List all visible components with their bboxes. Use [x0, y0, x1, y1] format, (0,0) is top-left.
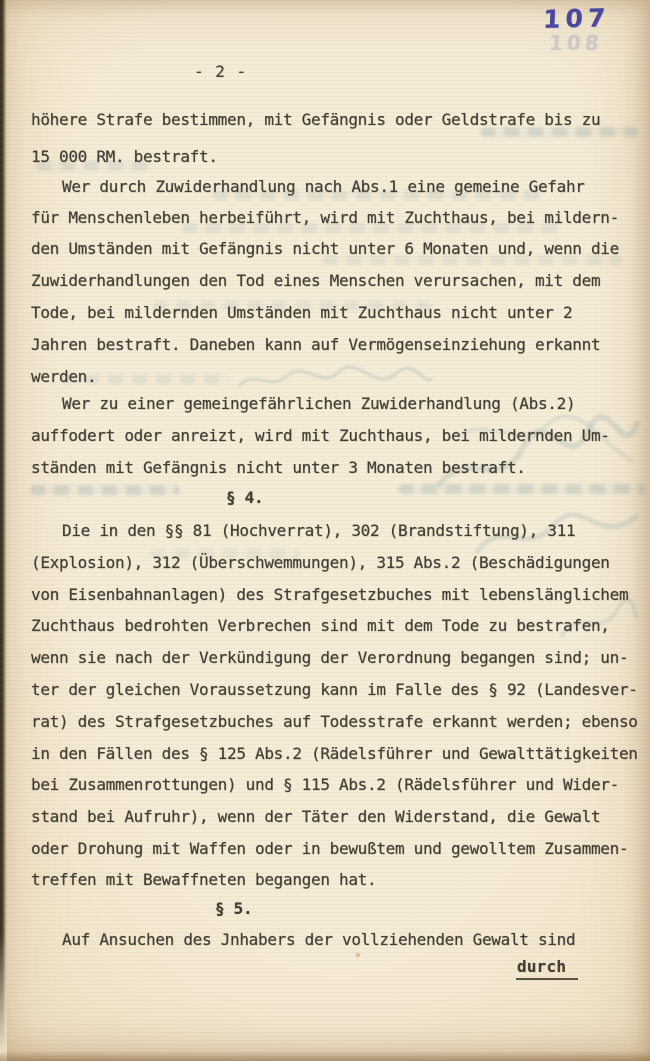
text-line: stand bei Aufruhr), wenn der Täter den W…: [31, 807, 600, 827]
text-line: bei Zusammenrottungen) und § 115 Abs.2 (…: [31, 775, 619, 795]
folio-number-bleed: 108: [548, 31, 603, 55]
text-line: oder Drohung mit Waffen oder in bewußtem…: [31, 839, 628, 859]
text-line: den Umständen mit Gefängnis nicht unter …: [31, 239, 619, 259]
bleed-through-smudge: [30, 485, 180, 495]
text-line: 15 000 RM. bestraft.: [31, 147, 218, 167]
document-page: 107 108 - 2 - höhere Strafe bestimmen, m…: [0, 0, 650, 1061]
text-line: Zuwiderhandlungen den Tod eines Menschen…: [31, 271, 600, 291]
handwriting-bleed-squiggle: [235, 362, 435, 396]
text-line: in den Fällen des § 125 Abs.2 (Rädelsfüh…: [31, 744, 638, 764]
text-line: Tode, bei mildernden Umständen mit Zucht…: [31, 303, 572, 323]
text-line: Wer durch Zuwiderhandlung nach Abs.1 ein…: [62, 177, 585, 197]
section-heading: § 5.: [215, 899, 252, 919]
scan-edge-left: [0, 0, 7, 1061]
handwriting-bleed-squiggle: [428, 406, 643, 501]
scan-edge-bottom: [0, 1051, 650, 1061]
folio-number-stamp: 107: [542, 3, 610, 34]
section-heading: § 4.: [226, 488, 263, 508]
text-line: treffen mit Bewaffneten begangen hat.: [31, 870, 376, 890]
text-line: werden.: [31, 367, 96, 387]
text-line: für Menschenleben herbeiführt, wird mit …: [31, 208, 619, 228]
text-line: Die in den §§ 81 (Hochverrat), 302 (Bran…: [62, 521, 575, 541]
text-line: Wer zu einer gemeingefährlichen Zuwiderh…: [62, 394, 575, 414]
catchword: durch: [516, 957, 578, 980]
page-number: - 2 -: [194, 62, 247, 81]
text-line: ständen mit Gefängnis nicht unter 3 Mona…: [31, 458, 526, 478]
paper-speck: [356, 953, 360, 957]
text-line: wenn sie nach der Verkündigung der Veror…: [31, 648, 628, 668]
text-line: Jahren bestraft. Daneben kann auf Vermög…: [31, 335, 600, 355]
text-line: höhere Strafe bestimmen, mit Gefängnis o…: [31, 110, 600, 130]
text-line: (Explosion), 312 (Überschwemmungen), 315…: [31, 553, 610, 573]
text-line: rat) des Strafgesetzbuches auf Todesstra…: [31, 712, 638, 732]
text-line: von Eisenbahnanlagen) des Strafgesetzbuc…: [31, 585, 628, 605]
text-line: Zuchthaus bedrohten Verbrechen sind mit …: [31, 616, 610, 636]
text-line: ter der gleichen Voraussetzung kann im F…: [31, 680, 638, 700]
text-line: Auf Ansuchen des Jnhabers der vollziehen…: [62, 930, 575, 950]
text-line: auffodert oder anreizt, wird mit Zuchtha…: [31, 426, 610, 446]
